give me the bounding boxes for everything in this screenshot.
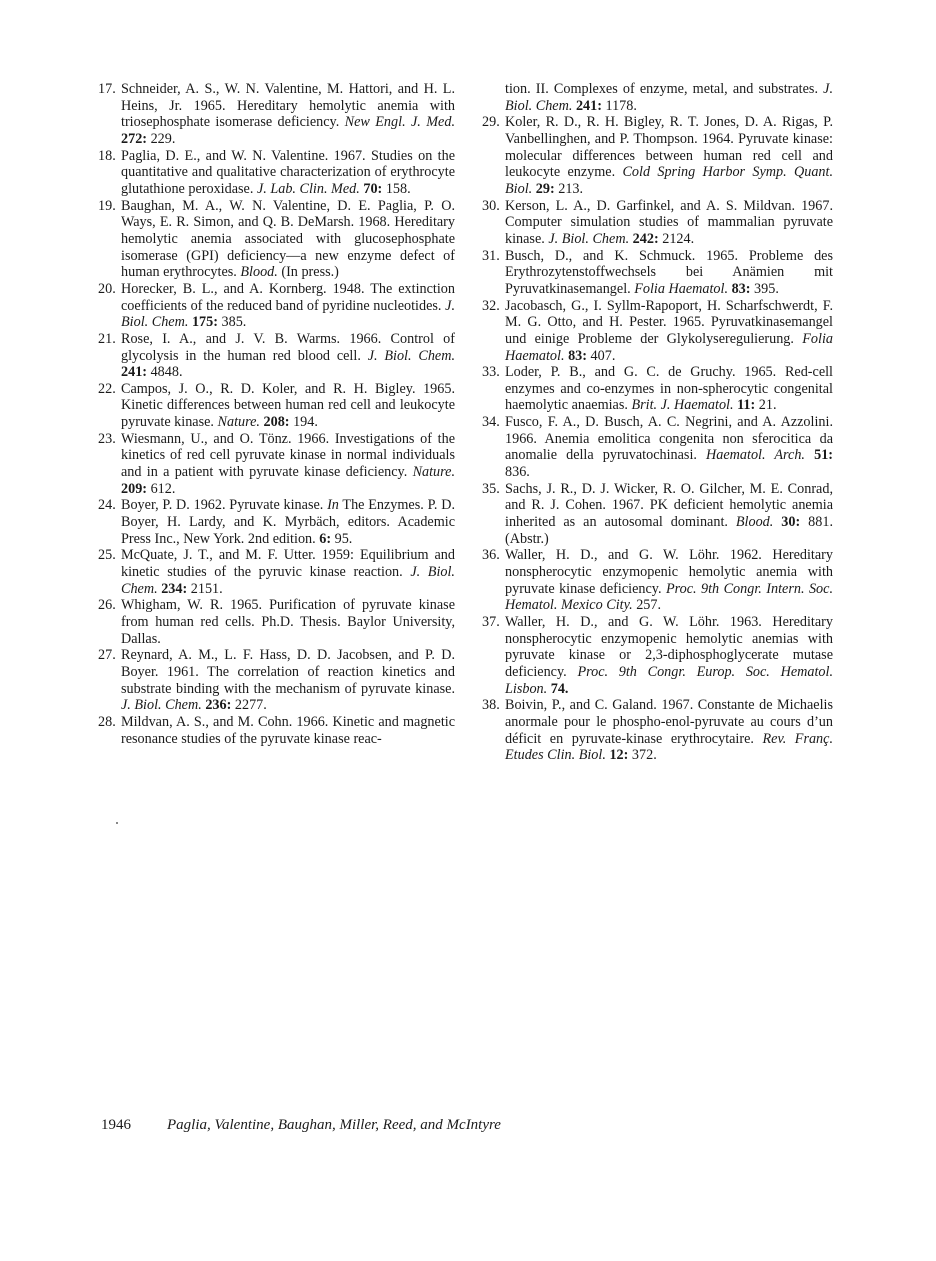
reference-entry: 23.Wiesmann, U., and O. Tönz. 1966. Inve… (98, 431, 455, 498)
reference-text: Busch, D., and K. Schmuck. 1965. Problem… (505, 248, 833, 298)
reference-entry: 24.Boyer, P. D. 1962. Pyruvate kinase. I… (98, 497, 455, 547)
reference-entry: 21.Rose, I. A., and J. V. B. Warms. 1966… (98, 331, 455, 381)
reference-number: 31. (482, 248, 500, 265)
references-right-column: tion. II. Complexes of enzyme, metal, an… (482, 81, 833, 764)
reference-text: Boyer, P. D. 1962. Pyruvate kinase. In T… (121, 497, 455, 547)
reference-entry: 38.Boivin, P., and C. Galand. 1967. Cons… (482, 697, 833, 764)
reference-text: Waller, H. D., and G. W. Löhr. 1962. Her… (505, 547, 833, 614)
reference-number: 36. (482, 547, 500, 564)
reference-text: Horecker, B. L., and A. Kornberg. 1948. … (121, 281, 455, 331)
page-footer: 1946Paglia, Valentine, Baughan, Miller, … (101, 1117, 501, 1134)
reference-number: 28. (98, 714, 116, 731)
reference-number: 26. (98, 597, 116, 614)
reference-number: 33. (482, 364, 500, 381)
reference-text: Kerson, L. A., D. Garfinkel, and A. S. M… (505, 198, 833, 248)
reference-entry: 34.Fusco, F. A., D. Busch, A. C. Negrini… (482, 414, 833, 481)
reference-entry: 29.Koler, R. D., R. H. Bigley, R. T. Jon… (482, 114, 833, 197)
reference-number: 17. (98, 81, 116, 98)
reference-entry: 30.Kerson, L. A., D. Garfinkel, and A. S… (482, 198, 833, 248)
reference-number: 32. (482, 298, 500, 315)
reference-text: Rose, I. A., and J. V. B. Warms. 1966. C… (121, 331, 455, 381)
reference-text: Schneider, A. S., W. N. Valentine, M. Ha… (121, 81, 455, 148)
reference-text: Fusco, F. A., D. Busch, A. C. Negrini, a… (505, 414, 833, 481)
reference-entry: 20.Horecker, B. L., and A. Kornberg. 194… (98, 281, 455, 331)
reference-text: Whigham, W. R. 1965. Purification of pyr… (121, 597, 455, 647)
reference-text: tion. II. Complexes of enzyme, metal, an… (505, 81, 833, 114)
reference-number: 20. (98, 281, 116, 298)
reference-text: Boivin, P., and C. Galand. 1967. Constan… (505, 697, 833, 764)
reference-text: Paglia, D. E., and W. N. Valentine. 1967… (121, 148, 455, 198)
reference-text: McQuate, J. T., and M. F. Utter. 1959: E… (121, 547, 455, 597)
reference-entry: 19.Baughan, M. A., W. N. Valentine, D. E… (98, 198, 455, 281)
reference-number: 23. (98, 431, 116, 448)
reference-entry: 18.Paglia, D. E., and W. N. Valentine. 1… (98, 148, 455, 198)
reference-entry: 31.Busch, D., and K. Schmuck. 1965. Prob… (482, 248, 833, 298)
reference-text: Mildvan, A. S., and M. Cohn. 1966. Kinet… (121, 714, 455, 747)
reference-entry: 27.Reynard, A. M., L. F. Hass, D. D. Jac… (98, 647, 455, 714)
reference-text: Waller, H. D., and G. W. Löhr. 1963. Her… (505, 614, 833, 697)
reference-entry: 32.Jacobasch, G., I. Syllm-Rapoport, H. … (482, 298, 833, 365)
reference-number: 35. (482, 481, 500, 498)
reference-text: Sachs, J. R., D. J. Wicker, R. O. Gilche… (505, 481, 833, 548)
reference-number: 25. (98, 547, 116, 564)
reference-entry: 35.Sachs, J. R., D. J. Wicker, R. O. Gil… (482, 481, 833, 548)
reference-entry: 17.Schneider, A. S., W. N. Valentine, M.… (98, 81, 455, 148)
reference-text: Baughan, M. A., W. N. Valentine, D. E. P… (121, 198, 455, 281)
scan-speck (116, 822, 118, 824)
reference-text: Reynard, A. M., L. F. Hass, D. D. Jacobs… (121, 647, 455, 714)
reference-number: 38. (482, 697, 500, 714)
references-left-column: 17.Schneider, A. S., W. N. Valentine, M.… (98, 81, 455, 747)
reference-number: 24. (98, 497, 116, 514)
reference-number: 34. (482, 414, 500, 431)
reference-number: 29. (482, 114, 500, 131)
reference-entry: 33.Loder, P. B., and G. C. de Gruchy. 19… (482, 364, 833, 414)
reference-number: 19. (98, 198, 116, 215)
reference-entry: 28.Mildvan, A. S., and M. Cohn. 1966. Ki… (98, 714, 455, 747)
reference-text: Campos, J. O., R. D. Koler, and R. H. Bi… (121, 381, 455, 431)
page-number: 1946 (101, 1117, 167, 1134)
reference-entry: 26.Whigham, W. R. 1965. Purification of … (98, 597, 455, 647)
reference-entry: tion. II. Complexes of enzyme, metal, an… (482, 81, 833, 114)
reference-text: Koler, R. D., R. H. Bigley, R. T. Jones,… (505, 114, 833, 197)
reference-entry: 36.Waller, H. D., and G. W. Löhr. 1962. … (482, 547, 833, 614)
reference-entry: 22.Campos, J. O., R. D. Koler, and R. H.… (98, 381, 455, 431)
reference-text: Loder, P. B., and G. C. de Gruchy. 1965.… (505, 364, 833, 414)
reference-entry: 25.McQuate, J. T., and M. F. Utter. 1959… (98, 547, 455, 597)
reference-number: 37. (482, 614, 500, 631)
reference-number: 27. (98, 647, 116, 664)
running-authors: Paglia, Valentine, Baughan, Miller, Reed… (167, 1117, 501, 1133)
reference-number: 30. (482, 198, 500, 215)
reference-entry: 37.Waller, H. D., and G. W. Löhr. 1963. … (482, 614, 833, 697)
reference-number: 18. (98, 148, 116, 165)
reference-text: Wiesmann, U., and O. Tönz. 1966. Investi… (121, 431, 455, 498)
reference-text: Jacobasch, G., I. Syllm-Rapoport, H. Sch… (505, 298, 833, 365)
reference-number: 21. (98, 331, 116, 348)
reference-number: 22. (98, 381, 116, 398)
